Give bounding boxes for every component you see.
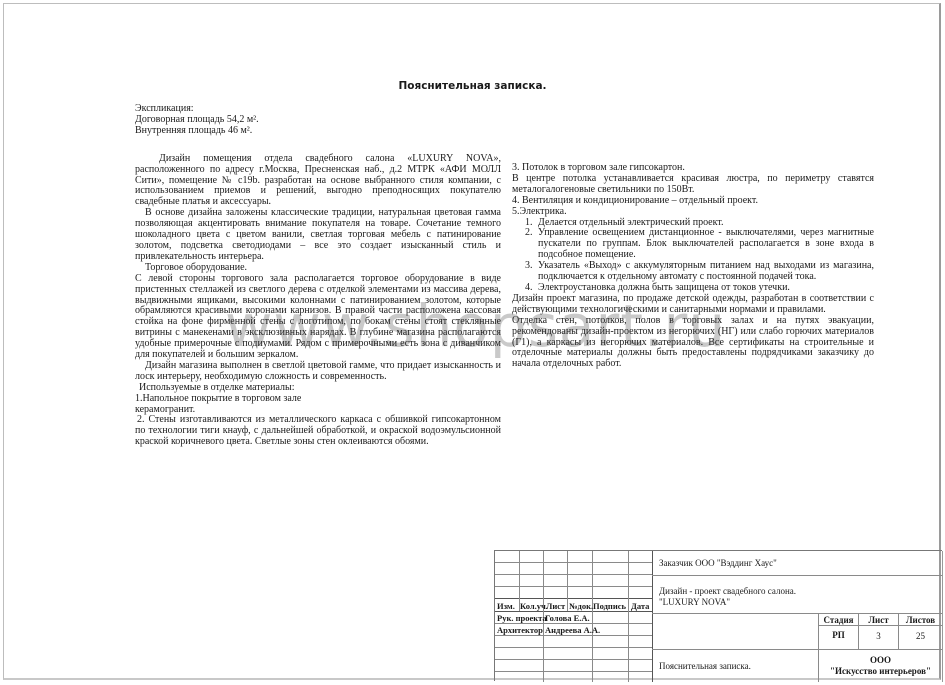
list-item: 2.Управление освещением дистанционное - … [538, 228, 874, 261]
header-signature: Подпись [593, 601, 626, 611]
paragraph-finishing: Отделка стен, потолков, полов в торговых… [512, 316, 874, 371]
material-floor: 1.Напольное покрытие в торговом зале [135, 394, 501, 405]
inner-area: Внутренняя площадь 46 м². [135, 126, 501, 137]
company-line1: ООО [819, 655, 942, 665]
role-architect: Архитектор [497, 625, 543, 635]
document-title: Пояснительная записка. [0, 80, 945, 92]
name-project-lead: Голова Е.А. [545, 613, 590, 623]
material-ceiling-detail: В центре потолка устанавливается красива… [512, 174, 874, 196]
paragraph-equipment: С левой стороны торгового зала располага… [135, 274, 501, 361]
paragraph-intro: Дизайн помещения отдела свадебного салон… [135, 154, 501, 209]
title-block: Изм. Кол.уч. Лист №док. Подпись Дата Рук… [494, 550, 942, 681]
header-kol-uch: Кол.уч. [520, 601, 548, 611]
name-architect: Андреева А.А. [545, 625, 600, 635]
stage-label: Стадия [819, 615, 858, 625]
sheets-value: 25 [899, 631, 942, 641]
sheet-name: Пояснительная записка. [659, 661, 751, 671]
header-list: Лист [546, 601, 565, 611]
stage-value: РП [819, 630, 858, 640]
paragraph-design-basis: В основе дизайна заложены классические т… [135, 208, 501, 263]
ventilation: 4. Вентиляция и кондиционирование – отде… [512, 196, 874, 207]
sheets-label: Листов [899, 615, 942, 625]
list-item: 3.Указатель «Выход» с аккумуляторным пит… [538, 261, 874, 283]
list-item: 4.Электроустановка должна быть защищена … [538, 283, 874, 294]
role-project-lead: Рук. проекта [497, 613, 547, 623]
company-line2: "Искусство интерьеров" [819, 666, 942, 676]
header-doc-no: №док. [569, 601, 593, 611]
header-izm: Изм. [497, 601, 515, 611]
left-column: Экспликация: Договорная площадь 54,2 м².… [135, 104, 501, 448]
customer: Заказчик ООО "Вэддинг Хаус" [659, 558, 777, 568]
electric-list: 1.Делается отдельный электрический проек… [512, 218, 874, 294]
sheet-label: Лист [859, 615, 898, 625]
paragraph-compliance: Дизайн проект магазина, по продаже детск… [512, 294, 874, 316]
header-date: Дата [631, 601, 649, 611]
right-column: 3. Потолок в торговом зале гипсокартон. … [512, 163, 874, 370]
material-walls: 2. Стены изготавливаются из металлическо… [135, 415, 501, 448]
project-title-line1: Дизайн - проект свадебного салона. [659, 586, 796, 596]
project-title-line2: "LUXURY NOVA" [659, 597, 730, 607]
sheet-value: 3 [859, 631, 898, 641]
paragraph-color-scheme: Дизайн магазина выполнен в светлой цвето… [135, 361, 501, 383]
